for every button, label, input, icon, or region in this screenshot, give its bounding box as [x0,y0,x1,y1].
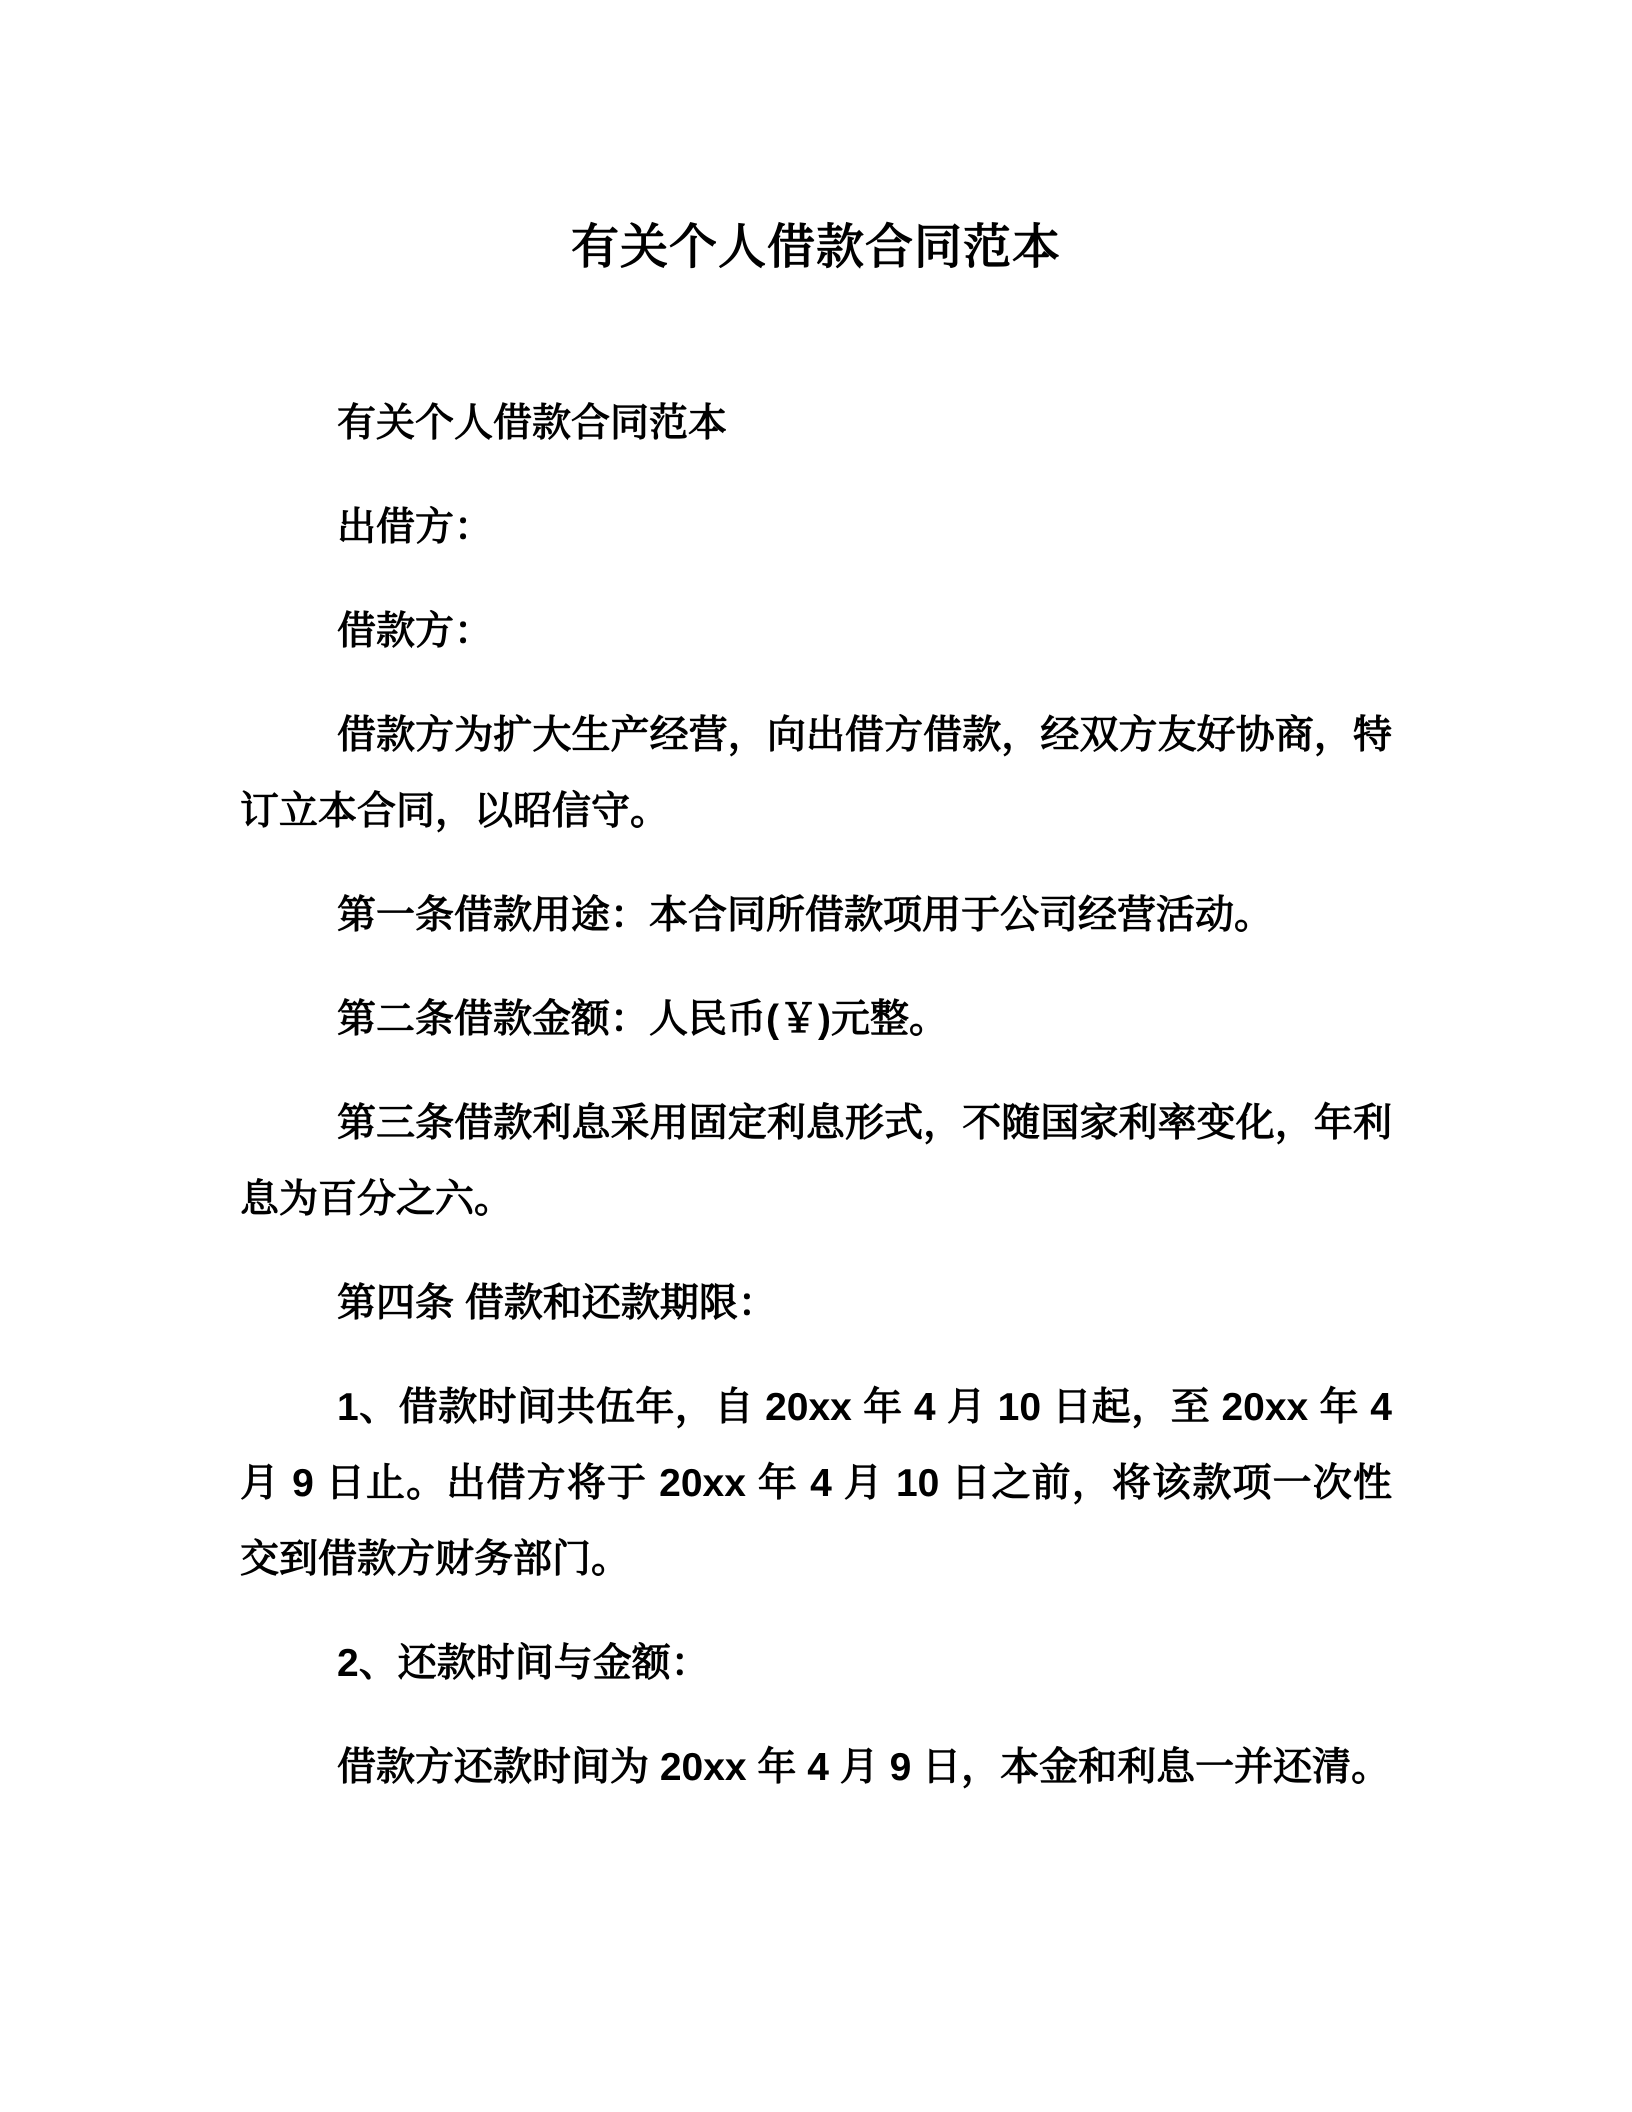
page-title: 有关个人借款合同范本 [240,213,1392,283]
paragraph-clause-3: 第三条借款利息采用固定利息形式，不随国家利率变化，年利息为百分之六。 [240,1086,1392,1238]
paragraph-clause-4: 第四条 借款和还款期限： [240,1266,1392,1342]
paragraph-clause-4-item-2: 2、还款时间与金额： [240,1626,1392,1702]
paragraph-clause-1: 第一条借款用途：本合同所借款项用于公司经营活动。 [240,878,1392,954]
paragraph-clause-2: 第二条借款金额：人民币(￥)元整。 [240,982,1392,1058]
document-body: 有关个人借款合同范本 出借方： 借款方： 借款方为扩大生产经营，向出借方借款，经… [240,386,1392,1806]
paragraph-preamble: 借款方为扩大生产经营，向出借方借款，经双方友好协商，特订立本合同，以昭信守。 [240,698,1392,850]
paragraph-repayment: 借款方还款时间为 20xx 年 4 月 9 日，本金和利息一并还清。 [240,1730,1392,1806]
paragraph-lender: 出借方： [240,490,1392,566]
paragraph-subtitle: 有关个人借款合同范本 [240,386,1392,462]
paragraph-clause-4-item-1: 1、借款时间共伍年，自 20xx 年 4 月 10 日起，至 20xx 年 4 … [240,1370,1392,1598]
paragraph-borrower: 借款方： [240,594,1392,670]
document-page: 有关个人借款合同范本 有关个人借款合同范本 出借方： 借款方： 借款方为扩大生产… [0,0,1632,2112]
